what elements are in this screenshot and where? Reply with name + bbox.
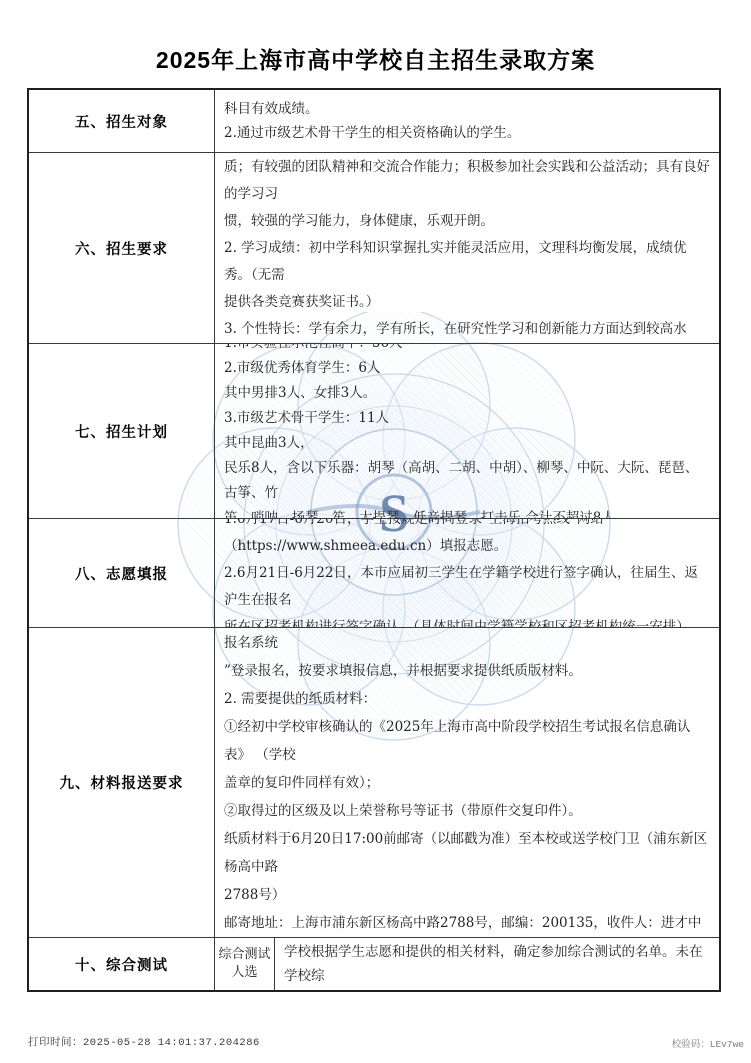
content-line: 2.6月21日-6月22日，本市应届初三学生在学籍学校进行签字确认，往届生、返沪… bbox=[224, 560, 711, 614]
footer-checksum: 校验码：LEv7we bbox=[672, 1036, 744, 1050]
row-label: 六、招生要求 bbox=[29, 153, 215, 343]
table-row-enrollment-target: 五、招生对象 科目有效成绩。 2.通过市级艺术骨干学生的相关资格确认的学生。 bbox=[29, 90, 719, 152]
content-line: 盖章的复印件同样有效）； bbox=[224, 769, 711, 797]
table-row-application: 八、志愿填报 1.6月17日-6月20日，学生按规定时间登录“上海招考热线”网站… bbox=[29, 518, 719, 627]
row-content: 1.市实验性示范性高中：56人 2.市级优秀体育学生：6人 其中男排3人、女排3… bbox=[215, 344, 719, 518]
row-content: 1.材料递交方式和时间： 学生请务必于6月16日8:00至6月20日17:00前… bbox=[215, 628, 719, 937]
document-page: 2025年上海市高中学校自主招生录取方案 bbox=[0, 0, 751, 1063]
content-line: 其中男排3人、女排3人。 bbox=[224, 381, 711, 406]
content-line: 学生请务必于6月16日8:00至6月20日17:00前登录上海市进才中学校园网“… bbox=[224, 628, 711, 657]
content-line: ①经初中学校审核确认的《2025年上海市高中阶段学校招生考试报名信息确认表》 （… bbox=[224, 713, 711, 769]
row-label: 八、志愿填报 bbox=[29, 519, 215, 627]
content-line: 2.通过市级艺术骨干学生的相关资格确认的学生。 bbox=[224, 121, 711, 145]
content-line: 2. 需要提供的纸质材料： bbox=[224, 685, 711, 713]
content-line: 纸质材料于6月20日17:00前邮寄（以邮戳为准）至本校或送学校门卫（浦东新区杨… bbox=[224, 825, 711, 881]
content-line: 科目有效成绩。 bbox=[224, 97, 711, 121]
content-line: ②取得过的区级及以上荣誉称号等证书（带原件交复印件）。 bbox=[224, 797, 711, 825]
row-content: 1.6月17日-6月20日，学生按规定时间登录“上海招考热线”网站 （https… bbox=[215, 519, 719, 627]
row-sub-label: 综合测试人选 bbox=[215, 938, 275, 990]
row-content: 科目有效成绩。 2.通过市级艺术骨干学生的相关资格确认的学生。 bbox=[215, 90, 719, 152]
content-line: 学校根据学生志愿和提供的相关材料，确定参加综合测试的名单。未在学校综 bbox=[284, 940, 711, 988]
content-line: 3. 个性特长：学有余力，学有所长，在研究性学习和创新能力方面达到较高水平。有具… bbox=[224, 316, 711, 344]
table-row-material-submission: 九、材料报送要求 1.材料递交方式和时间： 学生请务必于6月16日8:00至6月… bbox=[29, 627, 719, 937]
content-line: ”登录报名，按要求填报信息，并根据要求提供纸质版材料。 bbox=[224, 657, 711, 685]
content-line: 1.6月17日-6月20日，学生按规定时间登录“上海招考热线”网站 bbox=[224, 519, 711, 533]
row-label: 七、招生计划 bbox=[29, 344, 215, 518]
row-label: 十、综合测试 bbox=[29, 938, 215, 990]
content-line: 2788号） bbox=[224, 881, 711, 909]
table-row-enrollment-plan: 七、招生计划 1.市实验性示范性高中：56人 2.市级优秀体育学生：6人 其中男… bbox=[29, 343, 719, 518]
table-row-comprehensive-test: 十、综合测试 综合测试人选 学校根据学生志愿和提供的相关材料，确定参加综合测试的… bbox=[29, 937, 719, 990]
content-line: 1.市实验性示范性高中：56人 bbox=[224, 344, 711, 356]
content-line: 3.市级艺术骨干学生：11人 bbox=[224, 406, 711, 431]
table-row-enrollment-requirements: 六、招生要求 1. 综合素质评价， 德、智、体、美、劳全面发展。学生应具有良好的… bbox=[29, 152, 719, 343]
document-title: 2025年上海市高中学校自主招生录取方案 bbox=[0, 42, 751, 75]
row-content: 学校根据学生志愿和提供的相关材料，确定参加综合测试的名单。未在学校综 bbox=[275, 938, 719, 990]
content-line: 2. 学习成绩：初中学科知识掌握扎实并能灵活应用，文理科均衡发展，成绩优秀。（无… bbox=[224, 235, 711, 289]
content-line: 提供各类竞赛获奖证书。） bbox=[224, 289, 711, 316]
row-label: 五、招生对象 bbox=[29, 90, 215, 152]
content-line: 其中昆曲3人， bbox=[224, 431, 711, 456]
content-line: （https://www.shmeea.edu.cn）填报志愿。 bbox=[224, 533, 711, 560]
content-line: 质；有较强的团队精神和交流合作能力；积极参加社会实践和公益活动；具有良好的学习习 bbox=[224, 154, 711, 208]
content-line: 2.市级优秀体育学生：6人 bbox=[224, 356, 711, 381]
content-line: 所在区招考机构进行签字确认。（具体时间由学籍学校和区招考机构统一安排） bbox=[224, 614, 711, 628]
footer-print-time: 打印时间：2025-05-28 14:01:37.204286 bbox=[28, 1034, 260, 1049]
content-line: 民乐8人，含以下乐器：胡琴（高胡、二胡、中胡）、柳琴、中阮、大阮、琵琶、古筝、竹 bbox=[224, 456, 711, 506]
content-line: 邮寄地址：上海市浦东新区杨高中路2788号，邮编：200135，收件人：进才中学… bbox=[224, 909, 711, 938]
content-line: 惯，较强的学习能力，身体健康，乐观开朗。 bbox=[224, 208, 711, 235]
row-label: 九、材料报送要求 bbox=[29, 628, 215, 937]
content-line: 笛、唢呐、扬琴、笙、大提琴、低音提琴、打击乐,合计不超过8人。 bbox=[224, 506, 711, 518]
enrollment-table: 五、招生对象 科目有效成绩。 2.通过市级艺术骨干学生的相关资格确认的学生。 六… bbox=[27, 88, 721, 992]
row-content: 1. 综合素质评价， 德、智、体、美、劳全面发展。学生应具有良好的文明行为和道德… bbox=[215, 153, 719, 343]
